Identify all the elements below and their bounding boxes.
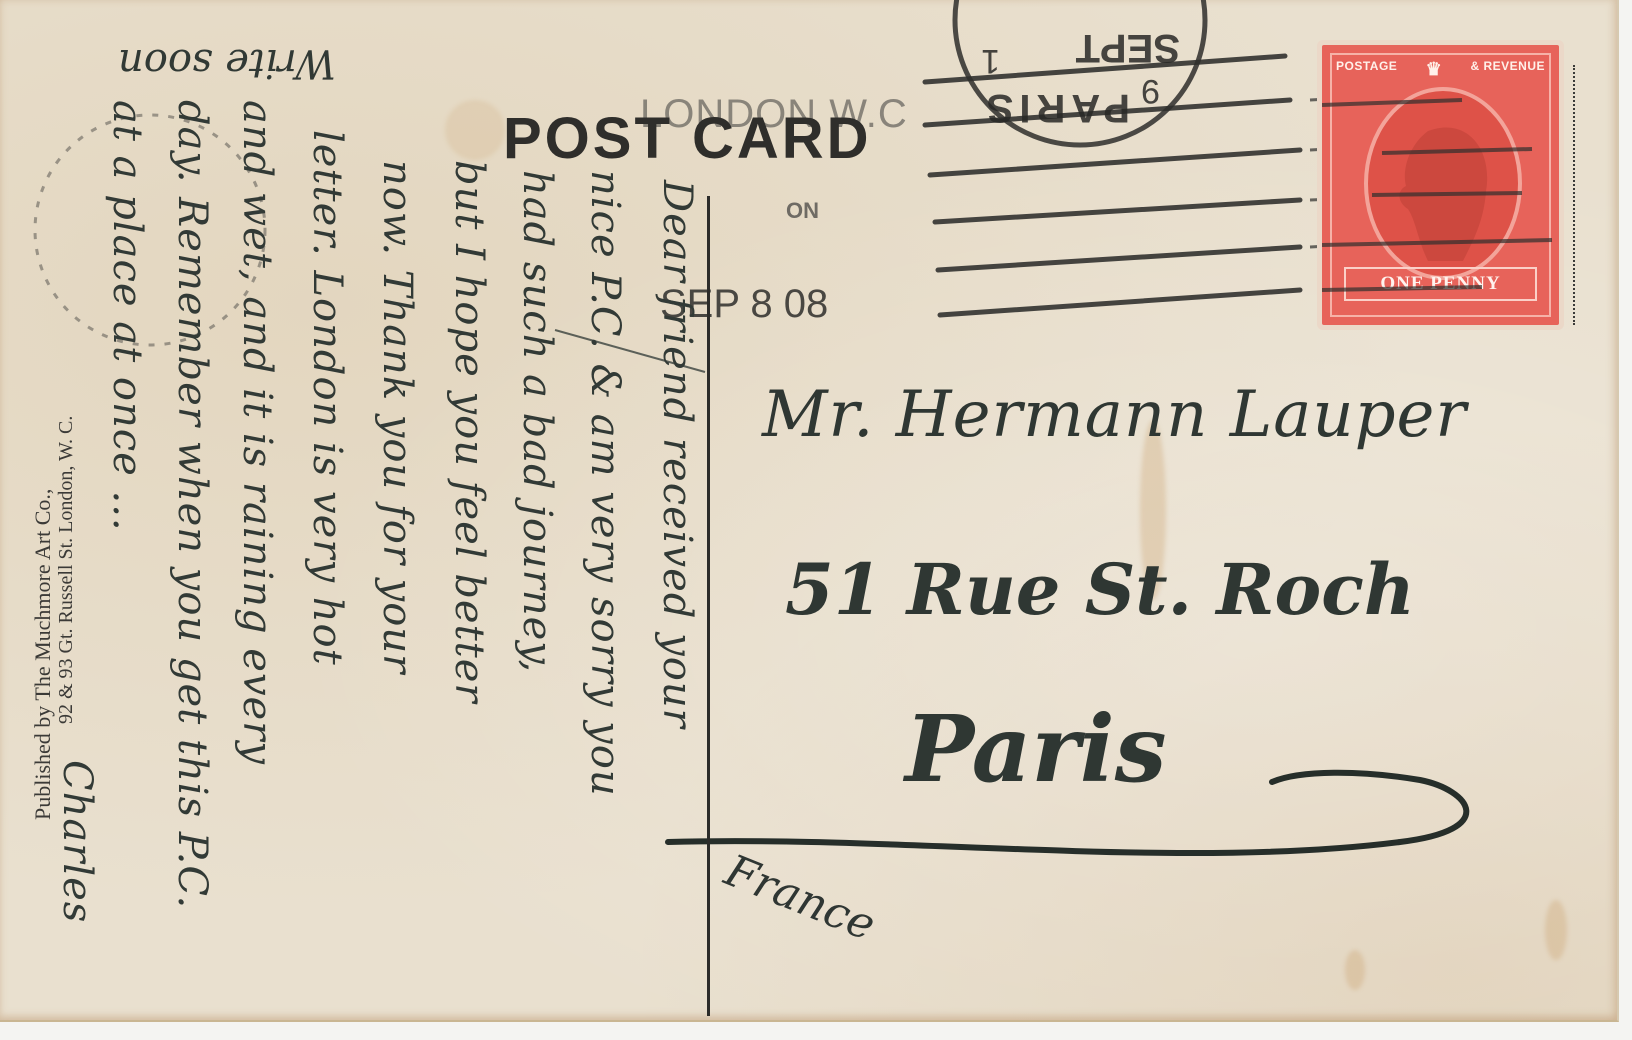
publisher-line-2: 92 & 93 Gt. Russell St. London, W. C.	[55, 416, 78, 820]
message-line: day. Remember when you get this P.C.	[169, 100, 215, 909]
recipient-city: Paris	[905, 695, 1167, 803]
paris-postmark-number: 1	[981, 41, 1000, 80]
paris-postmark-month: SEPT	[1076, 25, 1180, 70]
publisher-line-1: Published by The Muchmore Art Co.,	[30, 416, 55, 820]
message-heading: Write soon	[118, 40, 336, 86]
stamp-perforation-guide	[1573, 65, 1577, 325]
paris-postmark-city: PARIS	[981, 85, 1130, 130]
message-line: at a place at once ...	[104, 100, 150, 532]
recipient-name: Mr. Hermann Lauper	[762, 378, 1467, 452]
london-postmark-mark: ON	[786, 198, 819, 224]
postcard-title: POST CARD	[503, 110, 872, 168]
recipient-street: 51 Rue St. Roch	[785, 548, 1415, 631]
message-line: but I hope you feel better	[446, 160, 492, 704]
message-line: Dear friend received your	[654, 180, 700, 729]
paris-postmark-day: 9	[1141, 71, 1160, 110]
message-line: nice P.C. & am very sorry you	[582, 170, 628, 797]
address-divider-line	[707, 196, 710, 1016]
message-line: had such a bad journey,	[514, 170, 560, 673]
publisher-imprint: Published by The Muchmore Art Co., 92 & …	[30, 416, 78, 820]
message-line: now. Thank you for your	[374, 160, 420, 674]
stamp-cancel-bars	[1322, 45, 1559, 325]
paris-postmark: SEPT 9 PARIS 1	[960, 0, 1200, 130]
postage-stamp: POSTAGE ♛ & REVENUE ONE PENNY	[1322, 45, 1559, 325]
message-line: letter. London is very hot	[304, 130, 350, 666]
postcard: LONDON W.C POST CARD ON SEP 8 08 SEPT 9 …	[0, 0, 1619, 1022]
message-line: and wet, and it is raining every	[234, 100, 280, 765]
